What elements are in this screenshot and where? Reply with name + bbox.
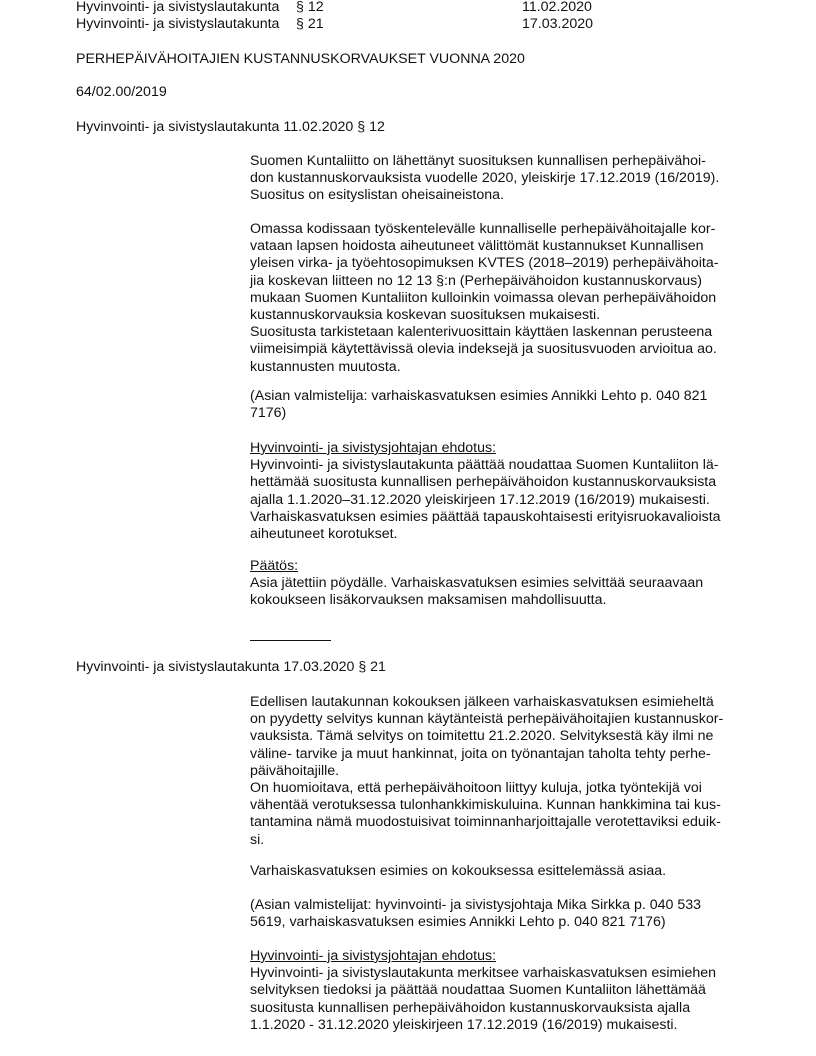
meeting1-body-2: Omassa kodissaan työskentelevälle kunnal…	[250, 221, 780, 376]
meeting1-proposal-block: Hyvinvointi- ja sivistysjohtajan ehdotus…	[250, 440, 780, 543]
meeting2-body: Edellisen lautakunnan kokouksen jälkeen …	[250, 694, 780, 849]
meeting2-paragraph-1: Edellisen lautakunnan kokouksen jälkeen …	[250, 694, 780, 849]
header-date: 17.03.2020	[522, 16, 593, 33]
meeting2-body-2: Varhaiskasvatuksen esimies on kokouksess…	[250, 863, 780, 880]
meeting1-preparer-block: (Asian valmistelija: varhaiskasvatuksen …	[250, 388, 780, 422]
meeting2-paragraph-2: Varhaiskasvatuksen esimies on kokouksess…	[250, 863, 780, 880]
meeting1-paragraph-1: Suomen Kuntaliitto on lähettänyt suositu…	[250, 153, 780, 205]
meeting2-preparer: (Asian valmistelijat: hyvinvointi- ja si…	[250, 897, 780, 931]
document-title: PERHEPÄIVÄHOITAJIEN KUSTANNUSKORVAUKSET …	[76, 51, 525, 68]
meeting2-proposal-label: Hyvinvointi- ja sivistysjohtajan ehdotus…	[250, 948, 780, 965]
meeting1-preparer: (Asian valmistelija: varhaiskasvatuksen …	[250, 388, 780, 422]
meeting1-decision-text: Asia jätettiin pöydälle. Varhaiskasvatuk…	[250, 575, 780, 609]
meeting2-proposal-block: Hyvinvointi- ja sivistysjohtajan ehdotus…	[250, 948, 780, 1034]
header-date: 11.02.2020	[522, 0, 592, 16]
header-row-1: Hyvinvointi- ja sivistyslautakunta § 12 …	[76, 0, 616, 16]
meeting1-paragraph-2: Omassa kodissaan työskentelevälle kunnal…	[250, 221, 780, 376]
meeting1-proposal-label: Hyvinvointi- ja sivistysjohtajan ehdotus…	[250, 440, 780, 457]
header-body-name: Hyvinvointi- ja sivistyslautakunta	[76, 16, 279, 33]
meeting1-decision-block: Päätös: Asia jätettiin pöydälle. Varhais…	[250, 558, 780, 610]
section-separator	[250, 640, 331, 641]
meeting1-body: Suomen Kuntaliitto on lähettänyt suositu…	[250, 153, 780, 205]
meeting1-proposal-text: Hyvinvointi- ja sivistyslautakunta päätt…	[250, 457, 780, 543]
meeting2-preparer-block: (Asian valmistelijat: hyvinvointi- ja si…	[250, 897, 780, 931]
meeting1-decision-label: Päätös:	[250, 558, 780, 575]
header-section: § 12	[296, 0, 324, 16]
meeting2-heading: Hyvinvointi- ja sivistyslautakunta 17.03…	[76, 659, 386, 676]
header-body-name: Hyvinvointi- ja sivistyslautakunta	[76, 0, 279, 16]
header-section: § 21	[296, 16, 324, 33]
meeting2-proposal-text: Hyvinvointi- ja sivistyslautakunta merki…	[250, 965, 780, 1034]
meeting1-heading: Hyvinvointi- ja sivistyslautakunta 11.02…	[76, 119, 385, 136]
record-number: 64/02.00/2019	[76, 84, 167, 101]
header-row-2: Hyvinvointi- ja sivistyslautakunta § 21 …	[76, 16, 616, 33]
